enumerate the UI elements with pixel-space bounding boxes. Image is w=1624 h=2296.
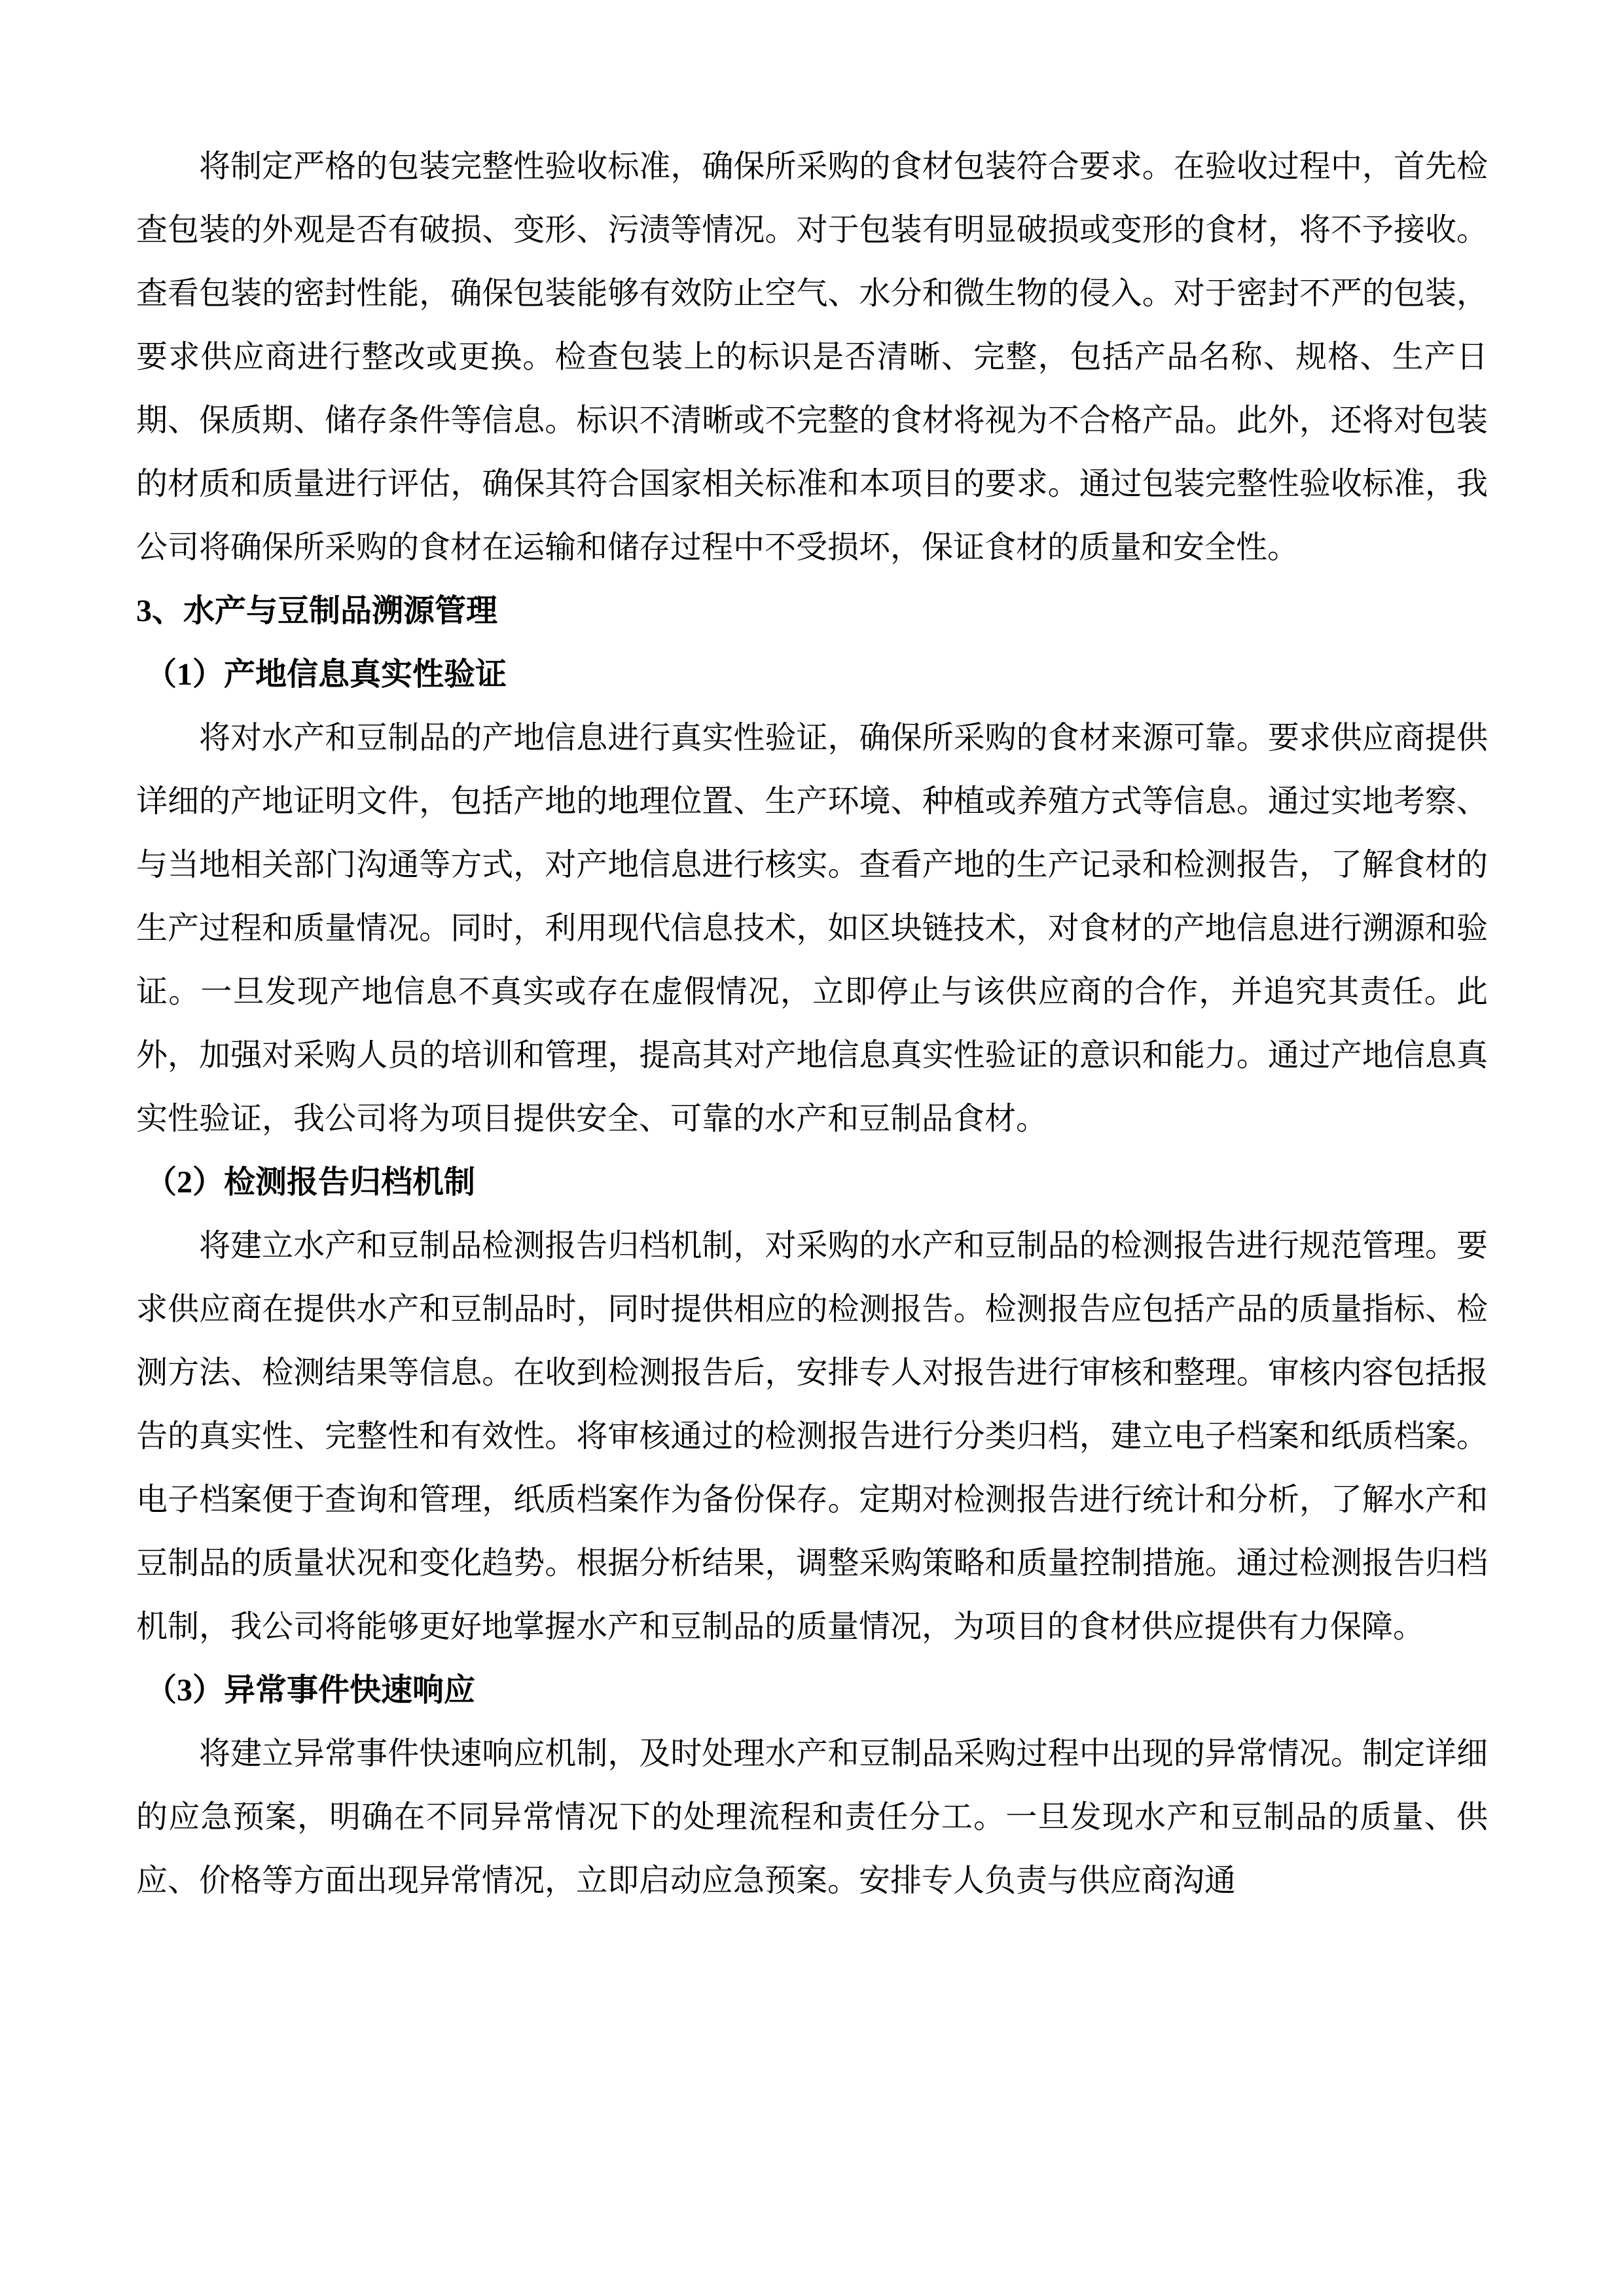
subheading-report-archiving: （2）检测报告归档机制 [136,1151,1488,1214]
paragraph-packaging-acceptance: 将制定严格的包装完整性验收标准，确保所采购的食材包装符合要求。在验收过程中，首先… [136,135,1488,579]
paragraph-incident-response: 将建立异常事件快速响应机制，及时处理水产和豆制品采购过程中出现的异常情况。制定详… [136,1722,1488,1912]
paragraph-origin-verification: 将对水产和豆制品的产地信息进行真实性验证，确保所采购的食材来源可靠。要求供应商提… [136,706,1488,1151]
subheading-origin-verification: （1）产地信息真实性验证 [136,643,1488,706]
heading-traceability-management: 3、水产与豆制品溯源管理 [136,579,1488,643]
subheading-incident-response: （3）异常事件快速响应 [136,1659,1488,1722]
paragraph-report-archiving: 将建立水产和豆制品检测报告归档机制，对采购的水产和豆制品的检测报告进行规范管理。… [136,1214,1488,1659]
document-page: 将制定严格的包装完整性验收标准，确保所采购的食材包装符合要求。在验收过程中，首先… [0,0,1624,2296]
